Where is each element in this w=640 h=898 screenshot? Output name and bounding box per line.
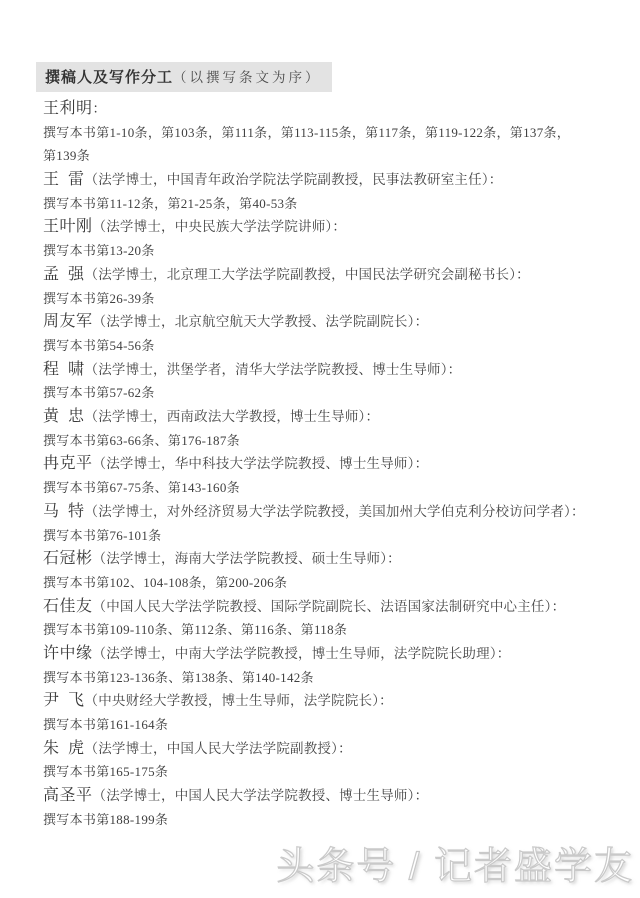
contributor-entry: 石佳友（中国人民大学法学院教授、国际学院副院长、法语国家法制研究中心主任）： 撰…	[43, 595, 637, 642]
contributor-articles: 撰写本书第54-56条	[43, 334, 637, 358]
contributor-articles: 撰写本书第102、104-108条，第200-206条	[43, 571, 637, 595]
section-title: 撰稿人及写作分工	[45, 70, 173, 86]
contributor-credentials: （法学博士，中国青年政治学院法学院副教授，民事法教研室主任）：	[85, 172, 503, 187]
contributor-credentials: （法学博士，中南大学法学院教授，博士生导师，法学院院长助理）：	[93, 646, 511, 661]
contributor-name: 孟 强	[43, 266, 85, 283]
contributor-credentials: （法学博士，海南大学法学院教授、硕士生导师）：	[93, 551, 401, 566]
contributor-entry: 孟 强（法学博士，北京理工大学法学院副教授，中国民法学研究会副秘书长）： 撰写本…	[43, 263, 637, 310]
contributor-articles: 撰写本书第165-175条	[43, 760, 637, 784]
contributor-credentials: （法学博士，中国人民大学法学院副教授）：	[85, 741, 352, 756]
contributor-name: 石佳友	[43, 598, 93, 615]
contributor-name: 石冠彬	[43, 550, 93, 567]
contributor-articles: 撰写本书第67-75条、第143-160条	[43, 476, 637, 500]
contributor-name: 王 雷	[43, 171, 85, 188]
contributor-entry: 程 啸（法学博士，洪堡学者，清华大学法学院教授、博士生导师）： 撰写本书第57-…	[43, 358, 637, 405]
contributor-name: 冉克平	[43, 455, 93, 472]
section-header: 撰稿人及写作分工（以撰写条文为序）	[36, 62, 332, 92]
contributor-entry: 冉克平（法学博士，华中科技大学法学院教授、博士生导师）： 撰写本书第67-75条…	[43, 452, 637, 499]
contributor-credentials: （法学博士，中国人民大学法学院教授、博士生导师）：	[93, 788, 429, 803]
contributor-articles: 撰写本书第13-20条	[43, 239, 637, 263]
contributor-entry: 石冠彬（法学博士，海南大学法学院教授、硕士生导师）： 撰写本书第102、104-…	[43, 547, 637, 594]
contributor-name: 尹 飞	[43, 692, 85, 709]
contributor-articles: 撰写本书第11-12条，第21-25条，第40-53条	[43, 192, 637, 216]
contributor-articles: 撰写本书第26-39条	[43, 287, 637, 311]
contributor-entry: 黄 忠（法学博士，西南政法大学教授，博士生导师）： 撰写本书第63-66条、第1…	[43, 405, 637, 452]
contributor-entry: 王 雷（法学博士，中国青年政治学院法学院副教授，民事法教研室主任）： 撰写本书第…	[43, 168, 637, 215]
document-page: 撰稿人及写作分工（以撰写条文为序） 王利明： 撰写本书第1-10条，第103条，…	[0, 0, 640, 898]
contributor-name: 高圣平	[43, 787, 93, 804]
contributor-credentials: （中国人民大学法学院教授、国际学院副院长、法语国家法制研究中心主任）：	[93, 599, 566, 614]
contributor-entry: 许中缘（法学博士，中南大学法学院教授，博士生导师，法学院院长助理）： 撰写本书第…	[43, 642, 637, 689]
contributor-articles: 撰写本书第1-10条，第103条，第111条，第113-115条，第117条，第…	[43, 121, 637, 168]
contributor-credentials: （法学博士，北京航空航天大学教授、法学院副院长）：	[93, 314, 429, 329]
contributor-credentials: ：	[93, 101, 107, 116]
contributor-credentials: （法学博士，对外经济贸易大学法学院教授，美国加州大学伯克利分校访问学者）：	[85, 504, 585, 519]
contributor-entry: 高圣平（法学博士，中国人民大学法学院教授、博士生导师）： 撰写本书第188-19…	[43, 784, 637, 831]
contributor-articles: 撰写本书第63-66条、第176-187条	[43, 429, 637, 453]
contributor-credentials: （法学博士，中央民族大学法学院讲师）：	[93, 219, 347, 234]
contributor-entry: 马 特（法学博士，对外经济贸易大学法学院教授，美国加州大学伯克利分校访问学者）：…	[43, 500, 637, 547]
contributor-articles: 撰写本书第123-136条、第138条、第140-142条	[43, 666, 637, 690]
contributor-name: 程 啸	[43, 361, 85, 378]
contributor-list: 王利明： 撰写本书第1-10条，第103条，第111条，第113-115条，第1…	[43, 97, 637, 832]
section-subtitle: （以撰写条文为序）	[173, 70, 322, 85]
contributor-articles: 撰写本书第109-110条、第112条、第116条、第118条	[43, 618, 637, 642]
contributor-articles: 撰写本书第76-101条	[43, 524, 637, 548]
contributor-name: 周友军	[43, 313, 93, 330]
contributor-name: 马 特	[43, 503, 85, 520]
contributor-entry: 尹 飞（中央财经大学教授，博士生导师，法学院院长）： 撰写本书第161-164条	[43, 689, 637, 736]
contributor-entry: 王叶刚（法学博士，中央民族大学法学院讲师）： 撰写本书第13-20条	[43, 215, 637, 262]
contributor-name: 王利明	[43, 100, 93, 117]
contributor-name: 黄 忠	[43, 408, 85, 425]
contributor-entry: 王利明： 撰写本书第1-10条，第103条，第111条，第113-115条，第1…	[43, 97, 637, 168]
toutiao-watermark: 头条号 / 记者盛学友	[276, 835, 634, 890]
contributor-articles: 撰写本书第188-199条	[43, 808, 637, 832]
contributor-credentials: （法学博士，洪堡学者，清华大学法学院教授、博士生导师）：	[85, 362, 462, 377]
contributor-name: 许中缘	[43, 645, 93, 662]
contributor-name: 王叶刚	[43, 218, 93, 235]
contributor-articles: 撰写本书第161-164条	[43, 713, 637, 737]
contributor-credentials: （法学博士，华中科技大学法学院教授、博士生导师）：	[93, 456, 429, 471]
contributor-credentials: （法学博士，北京理工大学法学院副教授，中国民法学研究会副秘书长）：	[85, 267, 530, 282]
contributor-entry: 朱 虎（法学博士，中国人民大学法学院副教授）： 撰写本书第165-175条	[43, 737, 637, 784]
contributor-name: 朱 虎	[43, 740, 85, 757]
contributor-entry: 周友军（法学博士，北京航空航天大学教授、法学院副院长）： 撰写本书第54-56条	[43, 310, 637, 357]
contributor-articles: 撰写本书第57-62条	[43, 381, 637, 405]
contributor-credentials: （中央财经大学教授，博士生导师，法学院院长）：	[85, 693, 393, 708]
contributor-credentials: （法学博士，西南政法大学教授，博士生导师）：	[85, 409, 380, 424]
